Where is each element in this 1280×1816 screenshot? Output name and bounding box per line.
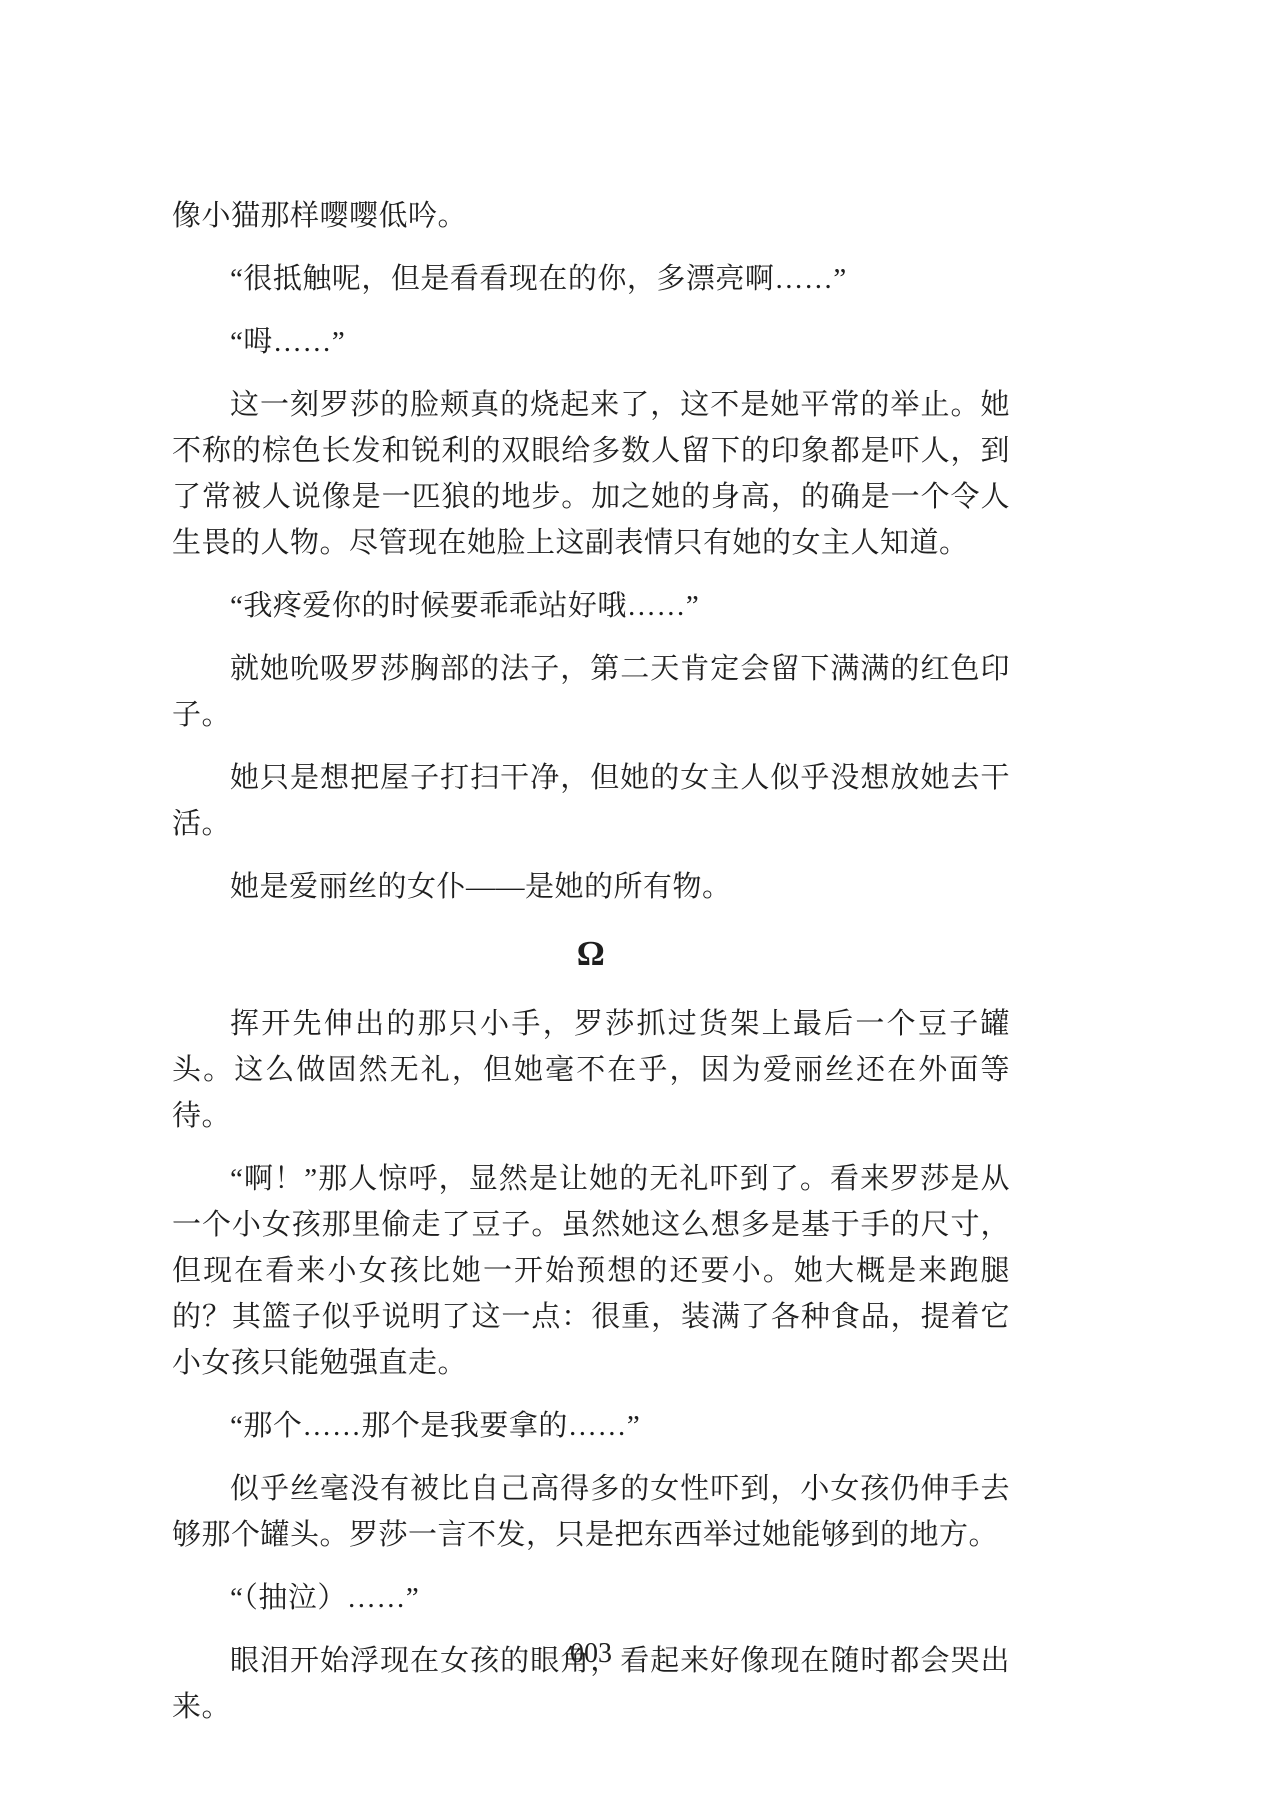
paragraph: “我疼爱你的时候要乖乖站好哦……” [172, 583, 1010, 629]
paragraph: 她是爱丽丝的女仆——是她的所有物。 [172, 864, 1010, 910]
paragraph: “呣……” [172, 319, 1010, 365]
ebook-page: 像小猫那样嘤嘤低吟。“很抵触呢，但是看看现在的你，多漂亮啊……”“呣……”这一刻… [0, 0, 1280, 1816]
paragraph: 这一刻罗莎的脸颊真的烧起来了，这不是她平常的举止。她不称的棕色长发和锐利的双眼给… [172, 382, 1010, 566]
text-content: 像小猫那样嘤嘤低吟。“很抵触呢，但是看看现在的你，多漂亮啊……”“呣……”这一刻… [172, 193, 1010, 1747]
paragraph: 挥开先伸出的那只小手，罗莎抓过货架上最后一个豆子罐头。这么做固然无礼，但她毫不在… [172, 1001, 1010, 1139]
paragraph: 像小猫那样嘤嘤低吟。 [172, 193, 1010, 239]
paragraph: “啊！”那人惊呼，显然是让她的无礼吓到了。看来罗莎是从一个小女孩那里偷走了豆子。… [172, 1156, 1010, 1386]
paragraph: 她只是想把屋子打扫干净，但她的女主人似乎没想放她去干活。 [172, 755, 1010, 847]
paragraph: “那个……那个是我要拿的……” [172, 1403, 1010, 1449]
section-divider: Ω [172, 931, 1010, 977]
paragraph: “（抽泣）……” [172, 1575, 1010, 1621]
paragraph: “很抵触呢，但是看看现在的你，多漂亮啊……” [172, 256, 1010, 302]
page-number: 003 [172, 1638, 1010, 1670]
paragraph: 就她吮吸罗莎胸部的法子，第二天肯定会留下满满的红色印子。 [172, 646, 1010, 738]
paragraph: 似乎丝毫没有被比自己高得多的女性吓到，小女孩仍伸手去够那个罐头。罗莎一言不发，只… [172, 1466, 1010, 1558]
